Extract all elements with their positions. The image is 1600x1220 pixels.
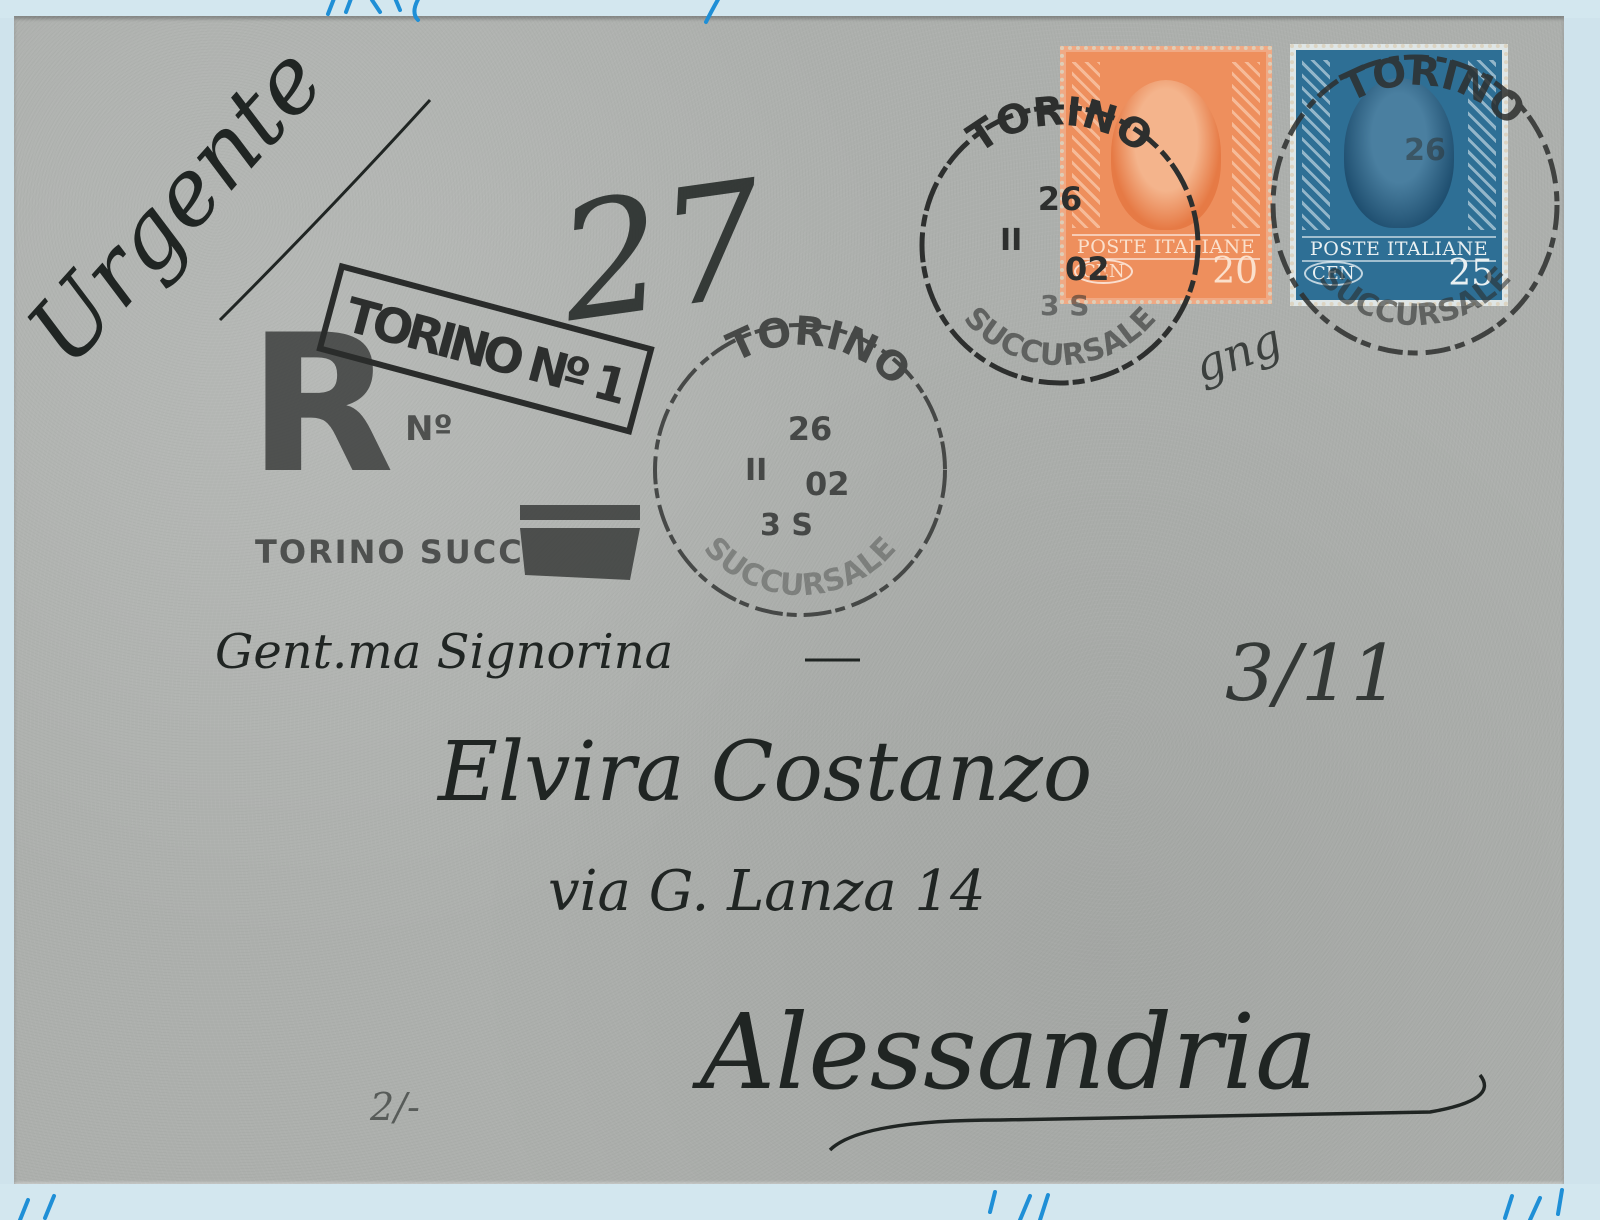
ornament-icon <box>1468 60 1496 230</box>
stamp-currency: CEN <box>1074 259 1133 284</box>
ornament-icon <box>1302 60 1330 230</box>
stamp-20-cent: POSTE ITALIANE CEN 20 <box>1060 46 1272 304</box>
stamp-value: 25 <box>1448 253 1494 294</box>
king-portrait-icon <box>1111 80 1221 230</box>
ornament-icon <box>1072 62 1100 228</box>
stamp-25-cent: POSTE ITALIANE CEN 25 <box>1290 44 1508 306</box>
stamp-currency: CEN <box>1304 261 1363 286</box>
stamp-value: 20 <box>1212 251 1258 292</box>
king-portrait-icon <box>1344 78 1454 228</box>
ornament-icon <box>1232 62 1260 228</box>
scan-border-bottom <box>0 1184 1600 1220</box>
